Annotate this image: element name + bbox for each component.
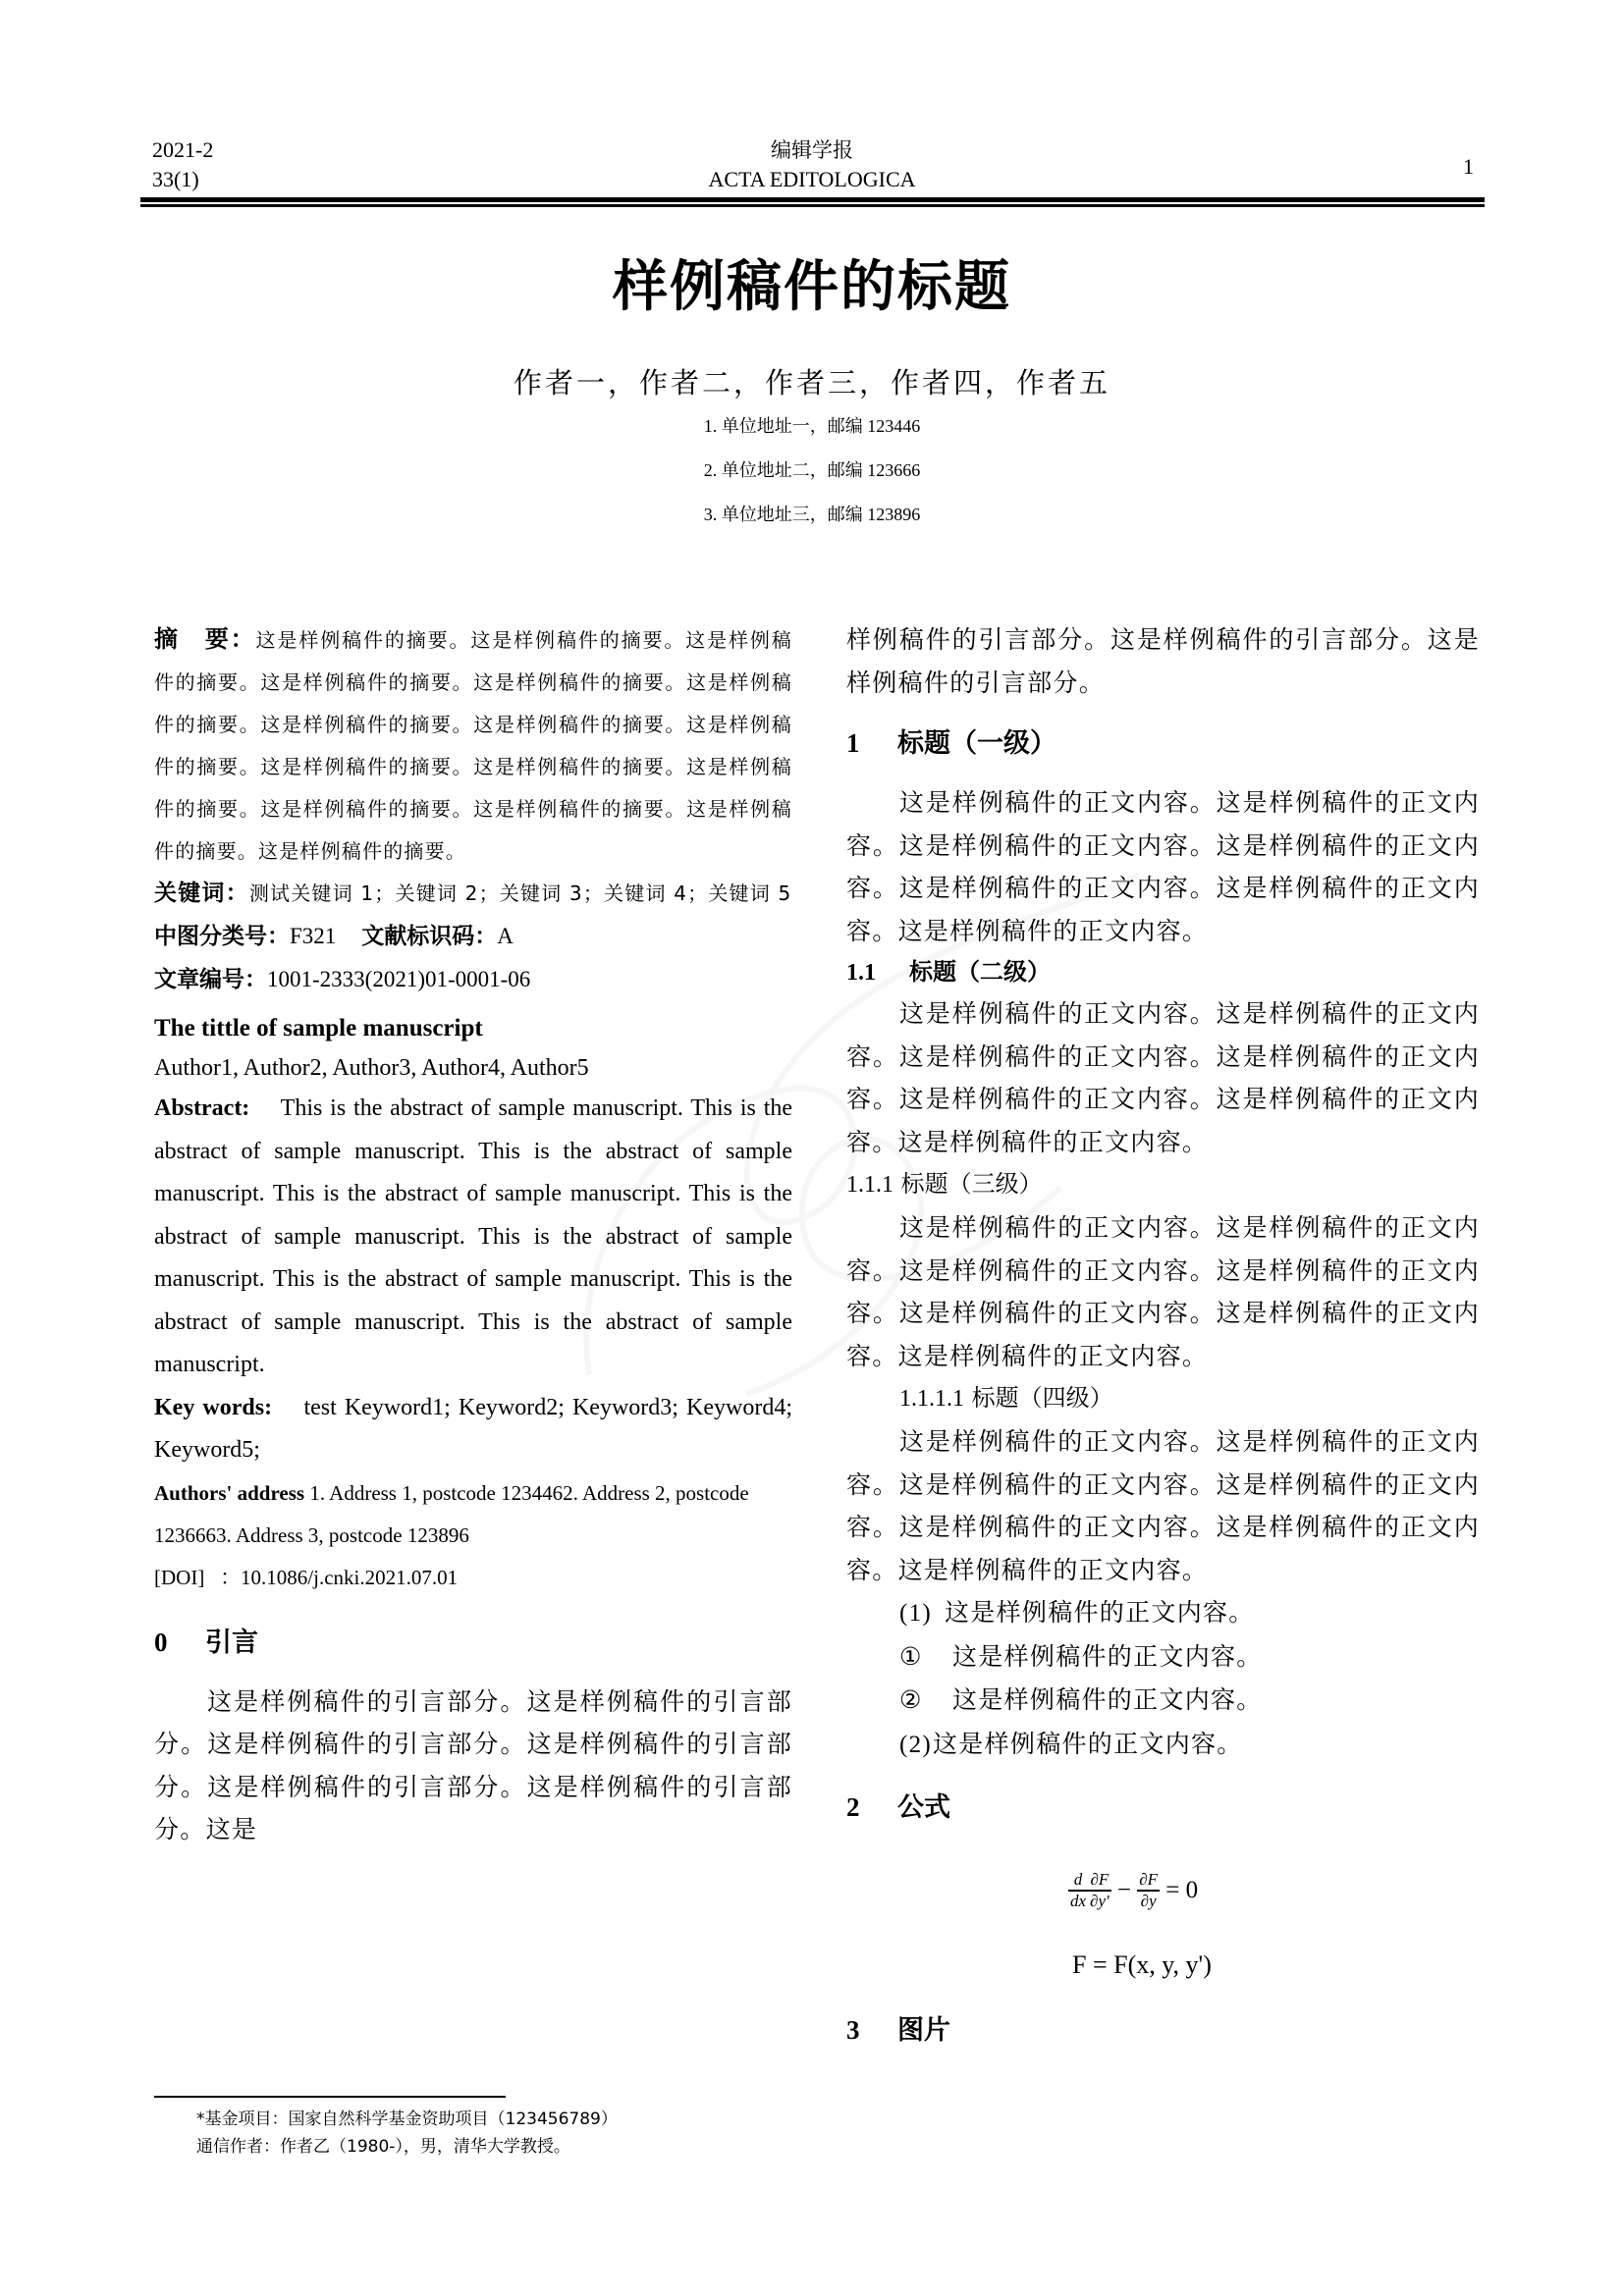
english-abstract-text: This is the abstract of sample manuscrip…: [154, 1095, 792, 1377]
fraction-dF-dy: ∂F∂y: [1137, 1870, 1160, 1911]
list-text: 这是样例稿件的正文内容。: [952, 1642, 1263, 1671]
affiliation-2: 2. 单位地址二，邮编 123666: [0, 456, 1624, 482]
keywords-cn-text: 测试关键词 1；关键词 2；关键词 3；关键词 4；关键词 5: [249, 881, 792, 905]
section-1-1-1-title: 标题（三级）: [901, 1170, 1043, 1198]
section-1-1-1-1-text: 这是样例稿件的正文内容。这是样例稿件的正文内容。这是样例稿件的正文内容。这是样例…: [846, 1420, 1480, 1591]
section-0-heading: 0引言: [154, 1623, 792, 1663]
list-marker: (2): [899, 1724, 933, 1767]
section-2-number: 2: [846, 1788, 897, 1827]
abstract-cn-label: 摘 要：: [154, 625, 256, 653]
equals-zero: = 0: [1165, 1877, 1198, 1903]
keywords-cn-label: 关键词：: [154, 881, 249, 906]
article-number-line: 文章编号：1001-2333(2021)01-0001-06: [154, 958, 792, 1001]
header-journal-en: ACTA EDITOLOGICA: [0, 165, 1624, 194]
list-item-2: ①这是样例稿件的正文内容。: [846, 1635, 1480, 1680]
section-1-1-heading: 1.1标题（二级）: [846, 952, 1480, 992]
section-1-1-1-heading: 1.1.1 标题（三级）: [846, 1163, 1480, 1206]
fraction-d-dx: ddx: [1068, 1870, 1088, 1911]
section-1-1-text: 这是样例稿件的正文内容。这是样例稿件的正文内容。这是样例稿件的正文内容。这是样例…: [846, 992, 1480, 1163]
doc-code-value: A: [497, 924, 514, 948]
list-item-4: (2)这是样例稿件的正文内容。: [846, 1723, 1480, 1767]
section-1-1-1-1-title: 标题（四级）: [972, 1384, 1113, 1412]
article-no-value: 1001-2333(2021)01-0001-06: [267, 967, 530, 991]
header-page-number: 1: [1463, 152, 1474, 182]
clc-label: 中图分类号：: [154, 924, 290, 949]
section-0-number: 0: [154, 1623, 205, 1662]
list-text: 这是样例稿件的正文内容。: [952, 1685, 1263, 1714]
minus-sign: −: [1117, 1877, 1131, 1903]
fraction-dF-dyprime: ∂F∂y': [1088, 1870, 1111, 1911]
list-item-1: (1)这是样例稿件的正文内容。: [846, 1591, 1480, 1635]
section-2-heading: 2公式: [846, 1788, 1480, 1828]
section-0-title: 引言: [205, 1628, 258, 1658]
section-3-title: 图片: [897, 2015, 950, 2046]
section-3-heading: 3图片: [846, 2010, 950, 2051]
header-rule-thick: [140, 197, 1485, 202]
paper-title: 样例稿件的标题: [0, 243, 1624, 322]
english-abstract: Abstract: This is the abstract of sample…: [154, 1088, 792, 1387]
footnote-rule: [154, 2096, 506, 2098]
list-marker: ①: [899, 1636, 952, 1680]
affiliation-3: 3. 单位地址三，邮编 123896: [0, 501, 1624, 526]
english-authors: Author1, Author2, Author3, Author4, Auth…: [154, 1048, 792, 1088]
section-0-text-left: 这是样例稿件的引言部分。这是样例稿件的引言部分。这是样例稿件的引言部分。这是样例…: [154, 1681, 792, 1851]
section-1-1-1-number: 1.1.1: [846, 1172, 893, 1198]
section-1-1-1-1-heading: 1.1.1.1 标题（四级）: [846, 1377, 1480, 1420]
english-title: The tittle of sample manuscript: [154, 1009, 792, 1048]
doi-label: [DOI]: [154, 1566, 204, 1589]
section-0-text-right: 样例稿件的引言部分。这是样例稿件的引言部分。这是样例稿件的引言部分。: [846, 618, 1480, 704]
list-marker: ②: [899, 1680, 952, 1723]
left-column: 摘 要：这是样例稿件的摘要。这是样例稿件的摘要。这是样例稿件的摘要。这是样例稿件…: [154, 618, 792, 1851]
equation-euler-lagrange: ddx∂F∂y' − ∂F∂y = 0: [1068, 1870, 1198, 1911]
doi-line: [DOI] ：10.1086/j.cnki.2021.07.01: [154, 1557, 792, 1599]
doi-value: ：10.1086/j.cnki.2021.07.01: [220, 1566, 458, 1589]
abstract-cn-text: 这是样例稿件的摘要。这是样例稿件的摘要。这是样例稿件的摘要。这是样例稿件的摘要。…: [154, 628, 792, 863]
section-1-1-number: 1.1: [846, 953, 909, 992]
section-1-title: 标题（一级）: [897, 728, 1056, 759]
english-abstract-label: Abstract:: [154, 1095, 249, 1121]
affiliation-1: 1. 单位地址一，邮编 123446: [0, 412, 1624, 438]
list-text: 这是样例稿件的正文内容。: [945, 1598, 1255, 1627]
section-1-heading: 1标题（一级）: [846, 723, 1480, 764]
article-no-label: 文章编号：: [154, 967, 267, 992]
authors-address-label: Authors' address: [154, 1481, 304, 1505]
footnote-fund: *基金项目：国家自然科学基金资助项目（123456789）: [196, 2108, 618, 2131]
author-list: 作者一，作者二，作者三，作者四，作者五: [0, 361, 1624, 401]
list-text: 这是样例稿件的正文内容。: [933, 1730, 1243, 1758]
clc-value: F321: [290, 924, 336, 948]
abstract-cn: 摘 要：这是样例稿件的摘要。这是样例稿件的摘要。这是样例稿件的摘要。这是样例稿件…: [154, 618, 792, 873]
keywords-cn: 关键词：测试关键词 1；关键词 2；关键词 3；关键词 4；关键词 5: [154, 873, 792, 915]
classification-line: 中图分类号：F321文献标识码：A: [154, 915, 792, 958]
right-column: 样例稿件的引言部分。这是样例稿件的引言部分。这是样例稿件的引言部分。 1标题（一…: [846, 618, 1480, 1828]
section-1-1-1-1-number: 1.1.1.1: [899, 1386, 964, 1412]
english-keywords-label: Key words:: [154, 1395, 272, 1420]
section-3-number: 3: [846, 2010, 897, 2050]
footnote-corresponding: 通信作者：作者乙（1980-），男，清华大学教授。: [196, 2135, 570, 2159]
section-1-1-title: 标题（二级）: [909, 958, 1051, 986]
authors-address: Authors' address 1. Address 1, postcode …: [154, 1472, 792, 1557]
header-journal-cn: 编辑学报: [0, 135, 1624, 165]
equation-F-definition: F = F(x, y, y'): [1072, 1950, 1212, 1980]
section-1-number: 1: [846, 723, 897, 763]
english-keywords: Key words: test Keyword1; Keyword2; Keyw…: [154, 1387, 792, 1472]
list-item-3: ②这是样例稿件的正文内容。: [846, 1679, 1480, 1723]
list-marker: (1): [899, 1592, 945, 1635]
section-1-text: 这是样例稿件的正文内容。这是样例稿件的正文内容。这是样例稿件的正文内容。这是样例…: [846, 781, 1480, 952]
section-1-1-1-text: 这是样例稿件的正文内容。这是样例稿件的正文内容。这是样例稿件的正文内容。这是样例…: [846, 1206, 1480, 1377]
doc-code-label: 文献标识码：: [361, 924, 497, 949]
header-rule-thin: [140, 204, 1485, 207]
section-2-title: 公式: [897, 1792, 950, 1823]
